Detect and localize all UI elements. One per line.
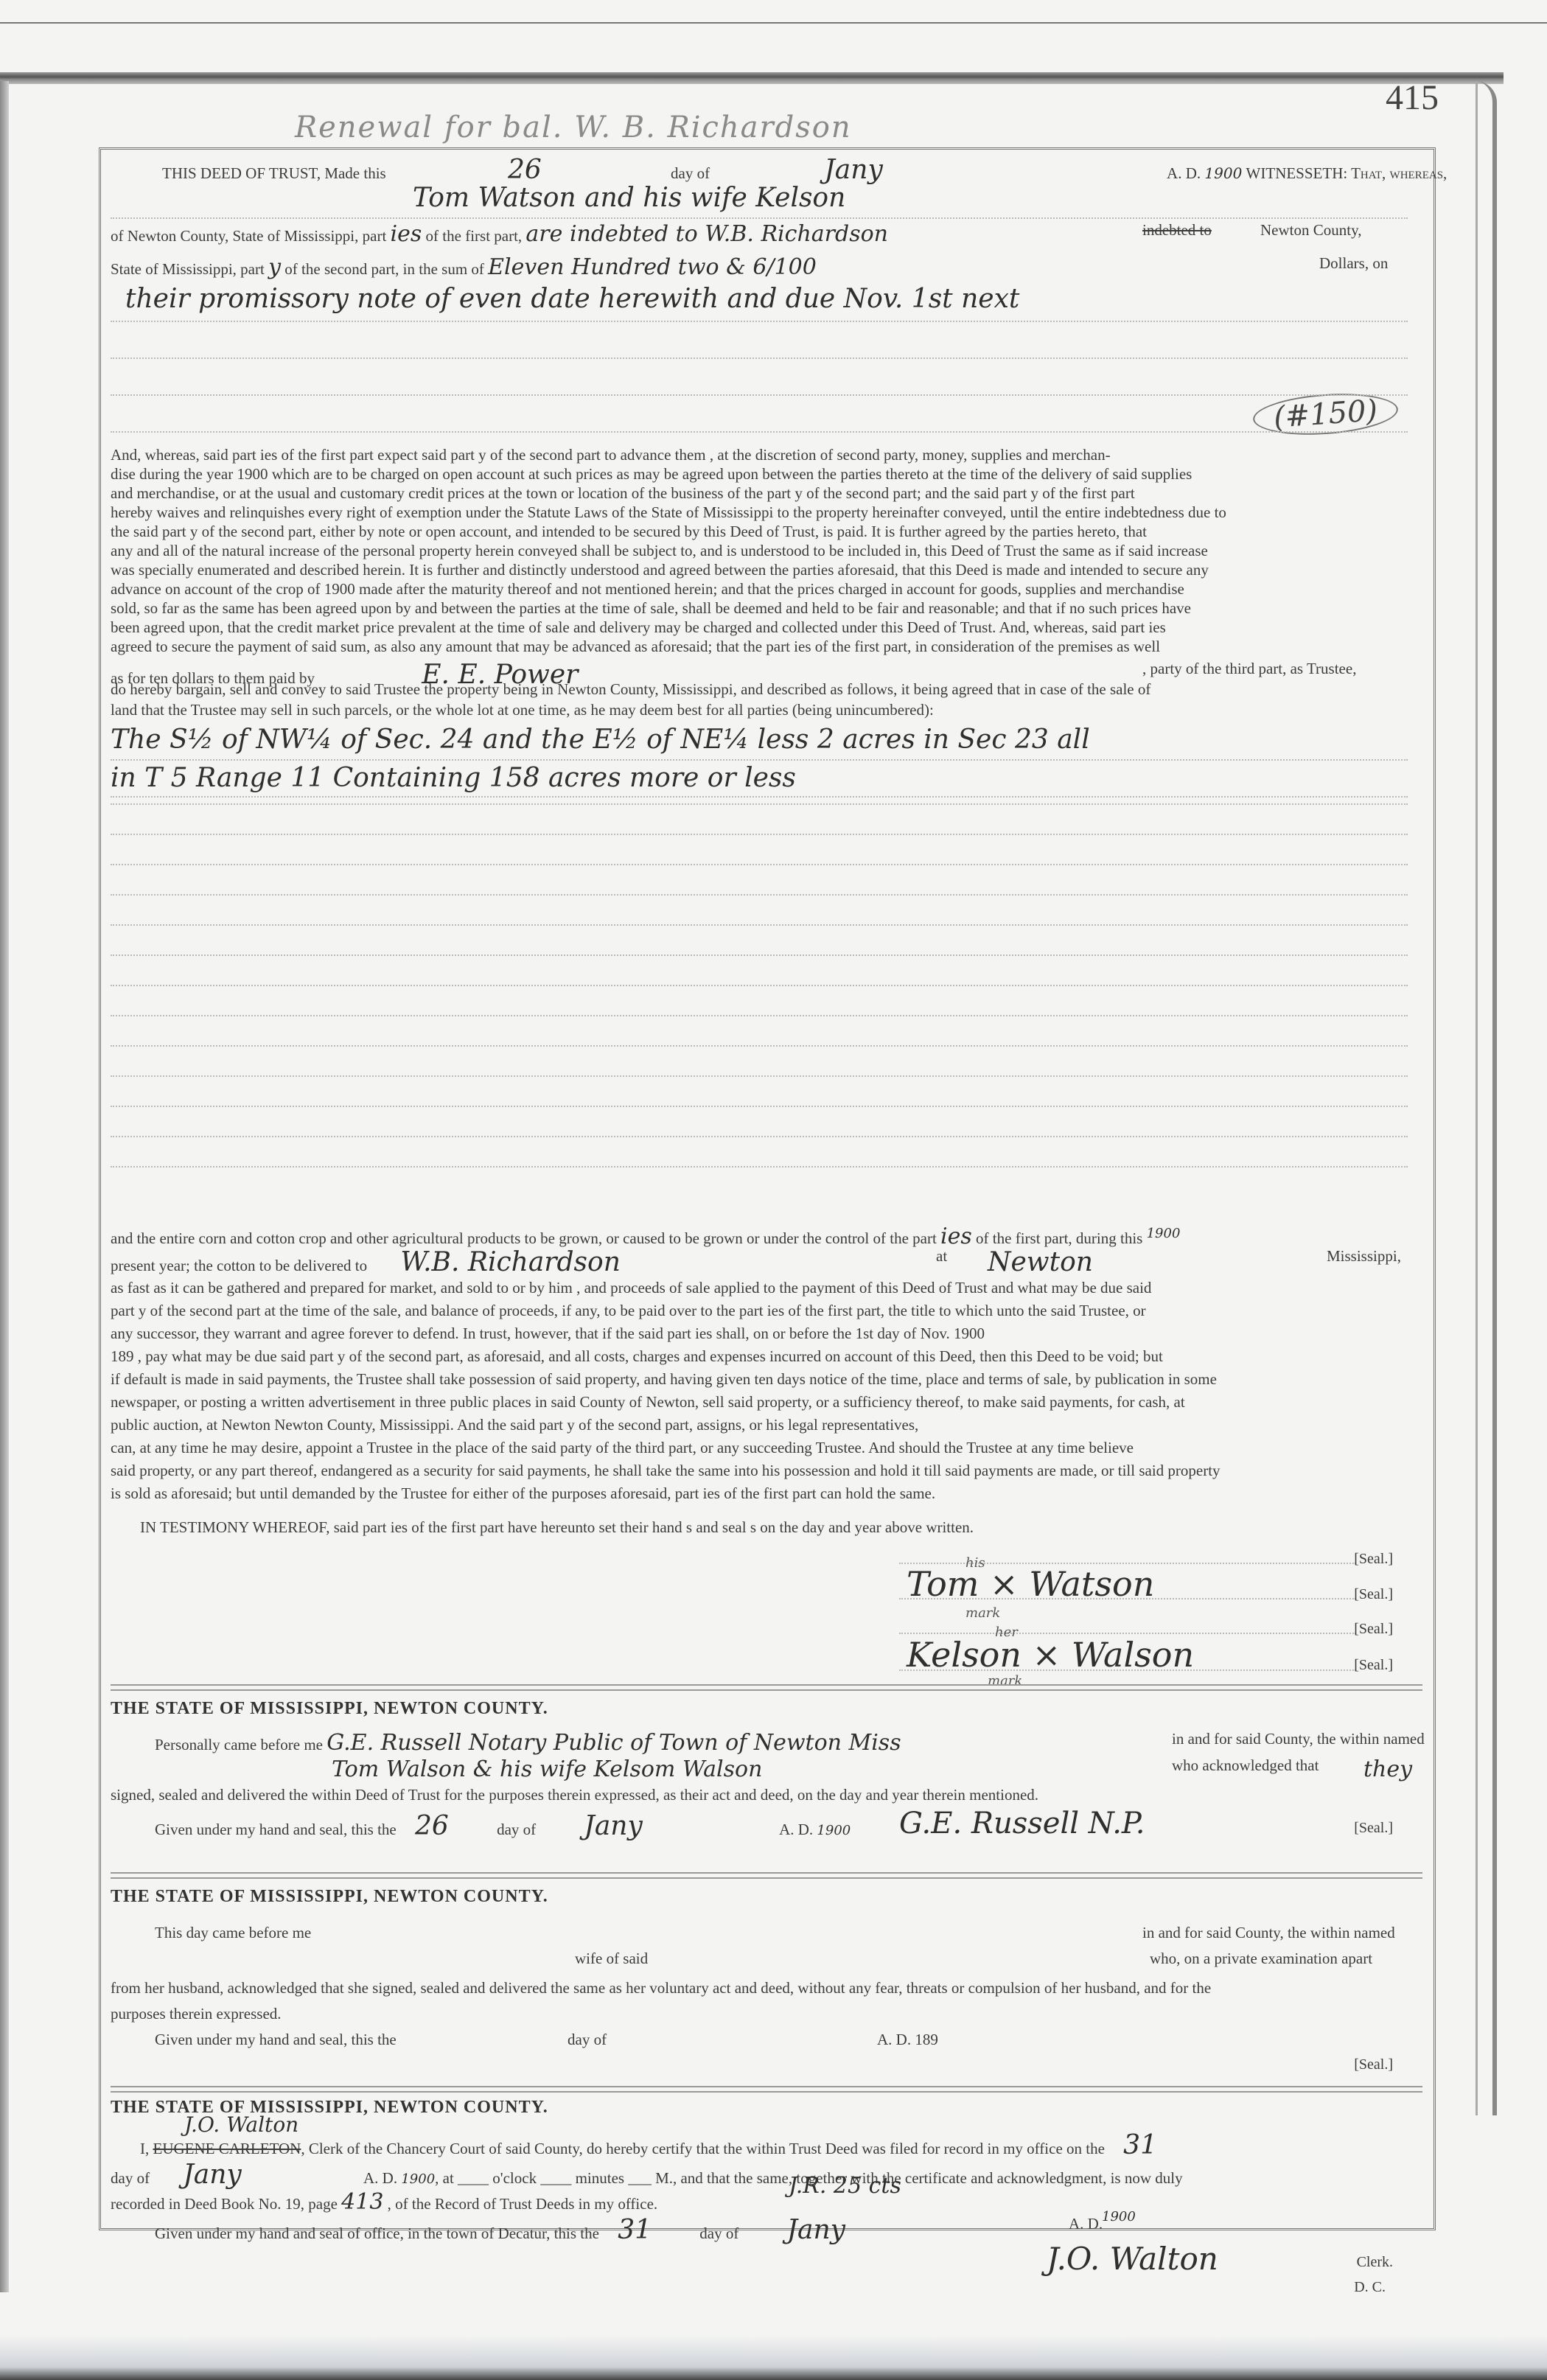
ack-line-3: signed, sealed and delivered the within … — [111, 1786, 1422, 1804]
ruled-line — [111, 1075, 1408, 1077]
sum-written: Eleven Hundred two & 6/100 — [488, 254, 817, 280]
property-description: in T 5 Range 11 Containing 158 acres mor… — [111, 763, 1422, 793]
ruled-line — [111, 1136, 1408, 1137]
ack-line-1: Personally came before me G.E. Russell N… — [111, 1730, 1422, 1756]
sale-line: newspaper, or posting a written advertis… — [111, 1393, 1422, 1411]
filed-day: 31 — [1123, 2130, 1157, 2160]
ruled-line — [111, 864, 1408, 865]
county-label: in and for said County, the within named — [1142, 1924, 1395, 1942]
county-line: of Newton County, State of Mississippi, … — [111, 221, 1422, 247]
notary-signature: G.E. Russell N.P. — [899, 1807, 1145, 1840]
ack-year: 1900 — [817, 1823, 851, 1838]
deliver-to: W.B. Richardson — [400, 1247, 621, 1277]
mississippi-label: Mississippi, — [1327, 1247, 1401, 1266]
page-ref: 413 — [341, 2189, 383, 2215]
wife-line-3: from her husband, acknowledged that she … — [111, 1979, 1422, 1997]
sale-line: public auction, at Newton Newton County,… — [111, 1416, 1422, 1434]
ruled-line — [111, 1015, 1408, 1016]
ruled-line — [111, 759, 1408, 761]
advances-line: the said part y of the second part, eith… — [111, 523, 1422, 541]
convey-line: do hereby bargain, sell and convey to sa… — [111, 680, 1422, 699]
ruled-line — [111, 321, 1408, 322]
ruled-line — [899, 1669, 1356, 1671]
advances-line: was specially enumerated and described h… — [111, 561, 1422, 579]
record-suffix: , of the Record of Trust Deeds in my off… — [388, 2195, 657, 2213]
ledger-binding-top — [0, 72, 1504, 84]
ad-label: A. D. — [779, 1821, 813, 1838]
ruled-line — [899, 1598, 1356, 1599]
ruled-line — [111, 924, 1408, 926]
clerk-line-3: recorded in Deed Book No. 19, page 413 ,… — [111, 2189, 1422, 2215]
sale-line: can, at any time he may desire, appoint … — [111, 1439, 1422, 1457]
sale-line: as fast as it can be gathered and prepar… — [111, 1279, 1422, 1297]
ruled-line — [111, 955, 1408, 956]
ack-day: 26 — [415, 1811, 449, 1841]
note-line: their promissory note of even date herew… — [111, 284, 1422, 314]
advances-line: And, whereas, said part ies of the first… — [111, 446, 1422, 464]
advances-line: been agreed upon, that the credit market… — [111, 618, 1422, 637]
advances-line: agreed to secure the payment of said sum… — [111, 638, 1422, 656]
convey-line: land that the Trustee may sell in such p… — [111, 701, 1422, 719]
day-of-label: day of — [111, 2169, 150, 2187]
witnesseth: WITNESSETH: That, whereas, — [1246, 164, 1448, 182]
given-day: 31 — [618, 2215, 652, 2245]
ack-month: Jany — [584, 1811, 642, 1841]
ad-label: A. D. — [363, 2169, 397, 2187]
section-heading: THE STATE OF MISSISSIPPI, NEWTON COUNTY. — [111, 2098, 548, 2118]
section-heading: THE STATE OF MISSISSIPPI, NEWTON COUNTY. — [111, 1699, 548, 1719]
filed-year: 1900 — [401, 2171, 435, 2187]
signature-kelson-walson: Kelson × Walson — [907, 1635, 1194, 1675]
named-parties: Tom Walson & his wife Kelsom Walson — [332, 1756, 762, 1782]
officer-name: G.E. Russell Notary Public of Town of Ne… — [326, 1730, 901, 1756]
party-suffix: y — [268, 254, 281, 280]
ruled-line — [111, 217, 1408, 219]
ruled-line — [111, 431, 1408, 433]
deed-year: 1900 — [1204, 164, 1242, 182]
sale-line: part y of the second part at the time of… — [111, 1302, 1422, 1320]
sum-label: of the second part, in the sum of — [284, 260, 484, 278]
scan-bottom-edge — [0, 2336, 1547, 2380]
section-divider — [111, 1872, 1422, 1879]
given-label: Given under my hand and seal of office, … — [155, 2224, 599, 2242]
day-of-label: day of — [671, 164, 710, 182]
sale-line: said property, or any part thereof, enda… — [111, 1462, 1422, 1480]
ad-label: A. D. 189 — [877, 2031, 938, 2049]
deed-intro-line: THIS DEED OF TRUST, Made this 26 day of … — [111, 155, 1422, 185]
seal-label: [Seal.] — [1354, 1820, 1393, 1837]
private-exam-label: who, on a private examination apart — [1150, 1950, 1372, 1968]
ad-label: A. D. — [1069, 2215, 1103, 2233]
crop-line-1: and the entire corn and cotton crop and … — [111, 1224, 1422, 1249]
ledger-binding-left — [0, 81, 9, 2292]
trustee-label: , party of the third part, as Trustee, — [1142, 660, 1356, 678]
clerk-line-2: day of Jany A. D. 1900, at ____ o'clock … — [111, 2160, 1422, 2190]
wife-line-4: purposes therein expressed. — [111, 2005, 1422, 2023]
clerk-given-line: Given under my hand and seal of office, … — [111, 2215, 1422, 2245]
ack-given-line: Given under my hand and seal, this the 2… — [111, 1811, 1422, 1841]
scan-edge — [0, 22, 1547, 24]
grantors: Tom Watson and his wife Kelson — [413, 183, 845, 213]
recorded-label: recorded in Deed Book No. 19, page — [111, 2195, 338, 2213]
clerk-signature: J.O. Walton — [1047, 2241, 1218, 2277]
ruled-line — [111, 357, 1408, 359]
wife-given-line: Given under my hand and seal, this the d… — [111, 2031, 1422, 2049]
sale-line: 189 , pay what may be due said part y of… — [111, 1347, 1422, 1366]
advances-line: and merchandise, or at the usual and cus… — [111, 484, 1422, 503]
seal-label: [Seal.] — [1354, 1551, 1393, 1568]
party-suffix: ies — [391, 221, 422, 247]
ruled-line — [111, 894, 1408, 896]
dollars-on-label: Dollars, on — [1319, 254, 1388, 273]
ruled-line — [899, 1633, 1356, 1634]
seal-label: [Seal.] — [1354, 1621, 1393, 1638]
grantors-line: Tom Watson and his wife Kelson — [111, 183, 1422, 213]
section-divider — [111, 2086, 1422, 2093]
sale-line: if default is made in said payments, the… — [111, 1370, 1422, 1389]
deliver-at: Newton — [988, 1247, 1093, 1277]
at-label: at — [936, 1247, 947, 1266]
given-label: Given under my hand and seal, this the — [155, 1821, 397, 1838]
ruled-line — [111, 1166, 1408, 1168]
crop-year: 1900 — [1147, 1226, 1181, 1241]
day-of-label: day of — [568, 2031, 607, 2049]
came-before-label: Personally came before me — [155, 1736, 323, 1753]
margin-note: Renewal for bal. W. B. Richardson — [295, 111, 852, 144]
property-description: The S½ of NW¼ of Sec. 24 and the E½ of N… — [111, 725, 1422, 755]
fee-note: J.R. 25 cts — [789, 2173, 901, 2199]
party-suffix: ies — [940, 1224, 972, 1249]
signature-annotation: mark — [965, 1605, 1000, 1621]
first-part-label: of the first part, — [426, 227, 523, 245]
seal-label: [Seal.] — [1354, 1657, 1393, 1674]
clerk-name-struck: EUGENE CARLETON — [153, 2140, 301, 2157]
deed-day: 26 — [508, 155, 542, 185]
county-label: in and for said County, the within named — [1172, 1730, 1425, 1748]
came-before-label: This day came before me — [155, 1924, 311, 1941]
page-number: 415 — [1386, 77, 1439, 118]
crop-text: and the entire corn and cotton crop and … — [111, 1229, 937, 1247]
ruled-line — [111, 985, 1408, 986]
filed-month: Jany — [183, 2160, 241, 2190]
indebted-struck: indebted to — [1142, 221, 1212, 240]
section-divider — [111, 1684, 1422, 1691]
clerk-line-1: I, EUGENE CARLETON, Clerk of the Chancer… — [111, 2130, 1422, 2160]
ruled-line — [111, 796, 1408, 798]
dc-label: D. C. — [1354, 2279, 1386, 2296]
crop-line-2: present year; the cotton to be delivered… — [111, 1247, 1422, 1277]
newton-county-label: Newton County, — [1260, 221, 1361, 240]
clerk-cert-text: Clerk of the Chancery Court of said Coun… — [309, 2140, 1105, 2157]
seal-label: [Seal.] — [1354, 1586, 1393, 1603]
ruled-line — [111, 1045, 1408, 1047]
sum-line: State of Mississippi, part y of the seco… — [111, 254, 1422, 280]
ruled-line — [111, 1106, 1408, 1107]
acknowledged-label: who acknowledged that — [1172, 1756, 1319, 1775]
testimony-line: IN TESTIMONY WHEREOF, said part ies of t… — [140, 1518, 1452, 1537]
given-label: Given under my hand and seal, this the — [155, 2031, 397, 2048]
note-description: their promissory note of even date herew… — [125, 284, 1019, 314]
sale-line: is sold as aforesaid; but until demanded… — [111, 1484, 1422, 1503]
acknowledged-who: they — [1363, 1756, 1412, 1782]
ledger-binding-right — [1476, 81, 1497, 2115]
intro-label: THIS DEED OF TRUST, Made this — [162, 164, 386, 182]
day-of-label: day of — [497, 1821, 536, 1838]
clerk-label: Clerk. — [1357, 2254, 1393, 2271]
ruled-line — [111, 834, 1408, 835]
crop-text: present year; the cotton to be delivered… — [111, 1257, 367, 1274]
deed-month: Jany — [824, 155, 882, 185]
day-of-label: day of — [699, 2224, 738, 2242]
wife-line-1: This day came before me in and for said … — [111, 1924, 1422, 1942]
ruled-line — [111, 394, 1408, 396]
advances-line: any and all of the natural increase of t… — [111, 542, 1422, 560]
county-label: of Newton County, State of Mississippi, … — [111, 227, 386, 245]
sale-line: any successor, they warrant and agree fo… — [111, 1325, 1422, 1343]
section-heading: THE STATE OF MISSISSIPPI, NEWTON COUNTY. — [111, 1887, 548, 1907]
crop-text: of the first part, during this — [976, 1229, 1142, 1247]
indebted-to: are indebted to W.B. Richardson — [525, 221, 888, 247]
advances-line: dise during the year 1900 which are to b… — [111, 465, 1422, 484]
given-year: 1900 — [1102, 2209, 1136, 2224]
advances-line: advance on account of the crop of 1900 m… — [111, 580, 1422, 599]
advances-line: sold, so far as the same has been agreed… — [111, 599, 1422, 618]
seal-label: [Seal.] — [1354, 2056, 1393, 2073]
given-month: Jany — [787, 2215, 845, 2245]
state-label: State of Mississippi, part — [111, 260, 265, 278]
ack-line-2: Tom Walson & his wife Kelsom Walson who … — [111, 1756, 1422, 1782]
ruled-line — [111, 803, 1408, 805]
wife-of-label: wife of said — [575, 1950, 648, 1968]
ad-label: A. D. — [1167, 164, 1201, 182]
advances-line: hereby waives and relinquishes every rig… — [111, 503, 1422, 522]
